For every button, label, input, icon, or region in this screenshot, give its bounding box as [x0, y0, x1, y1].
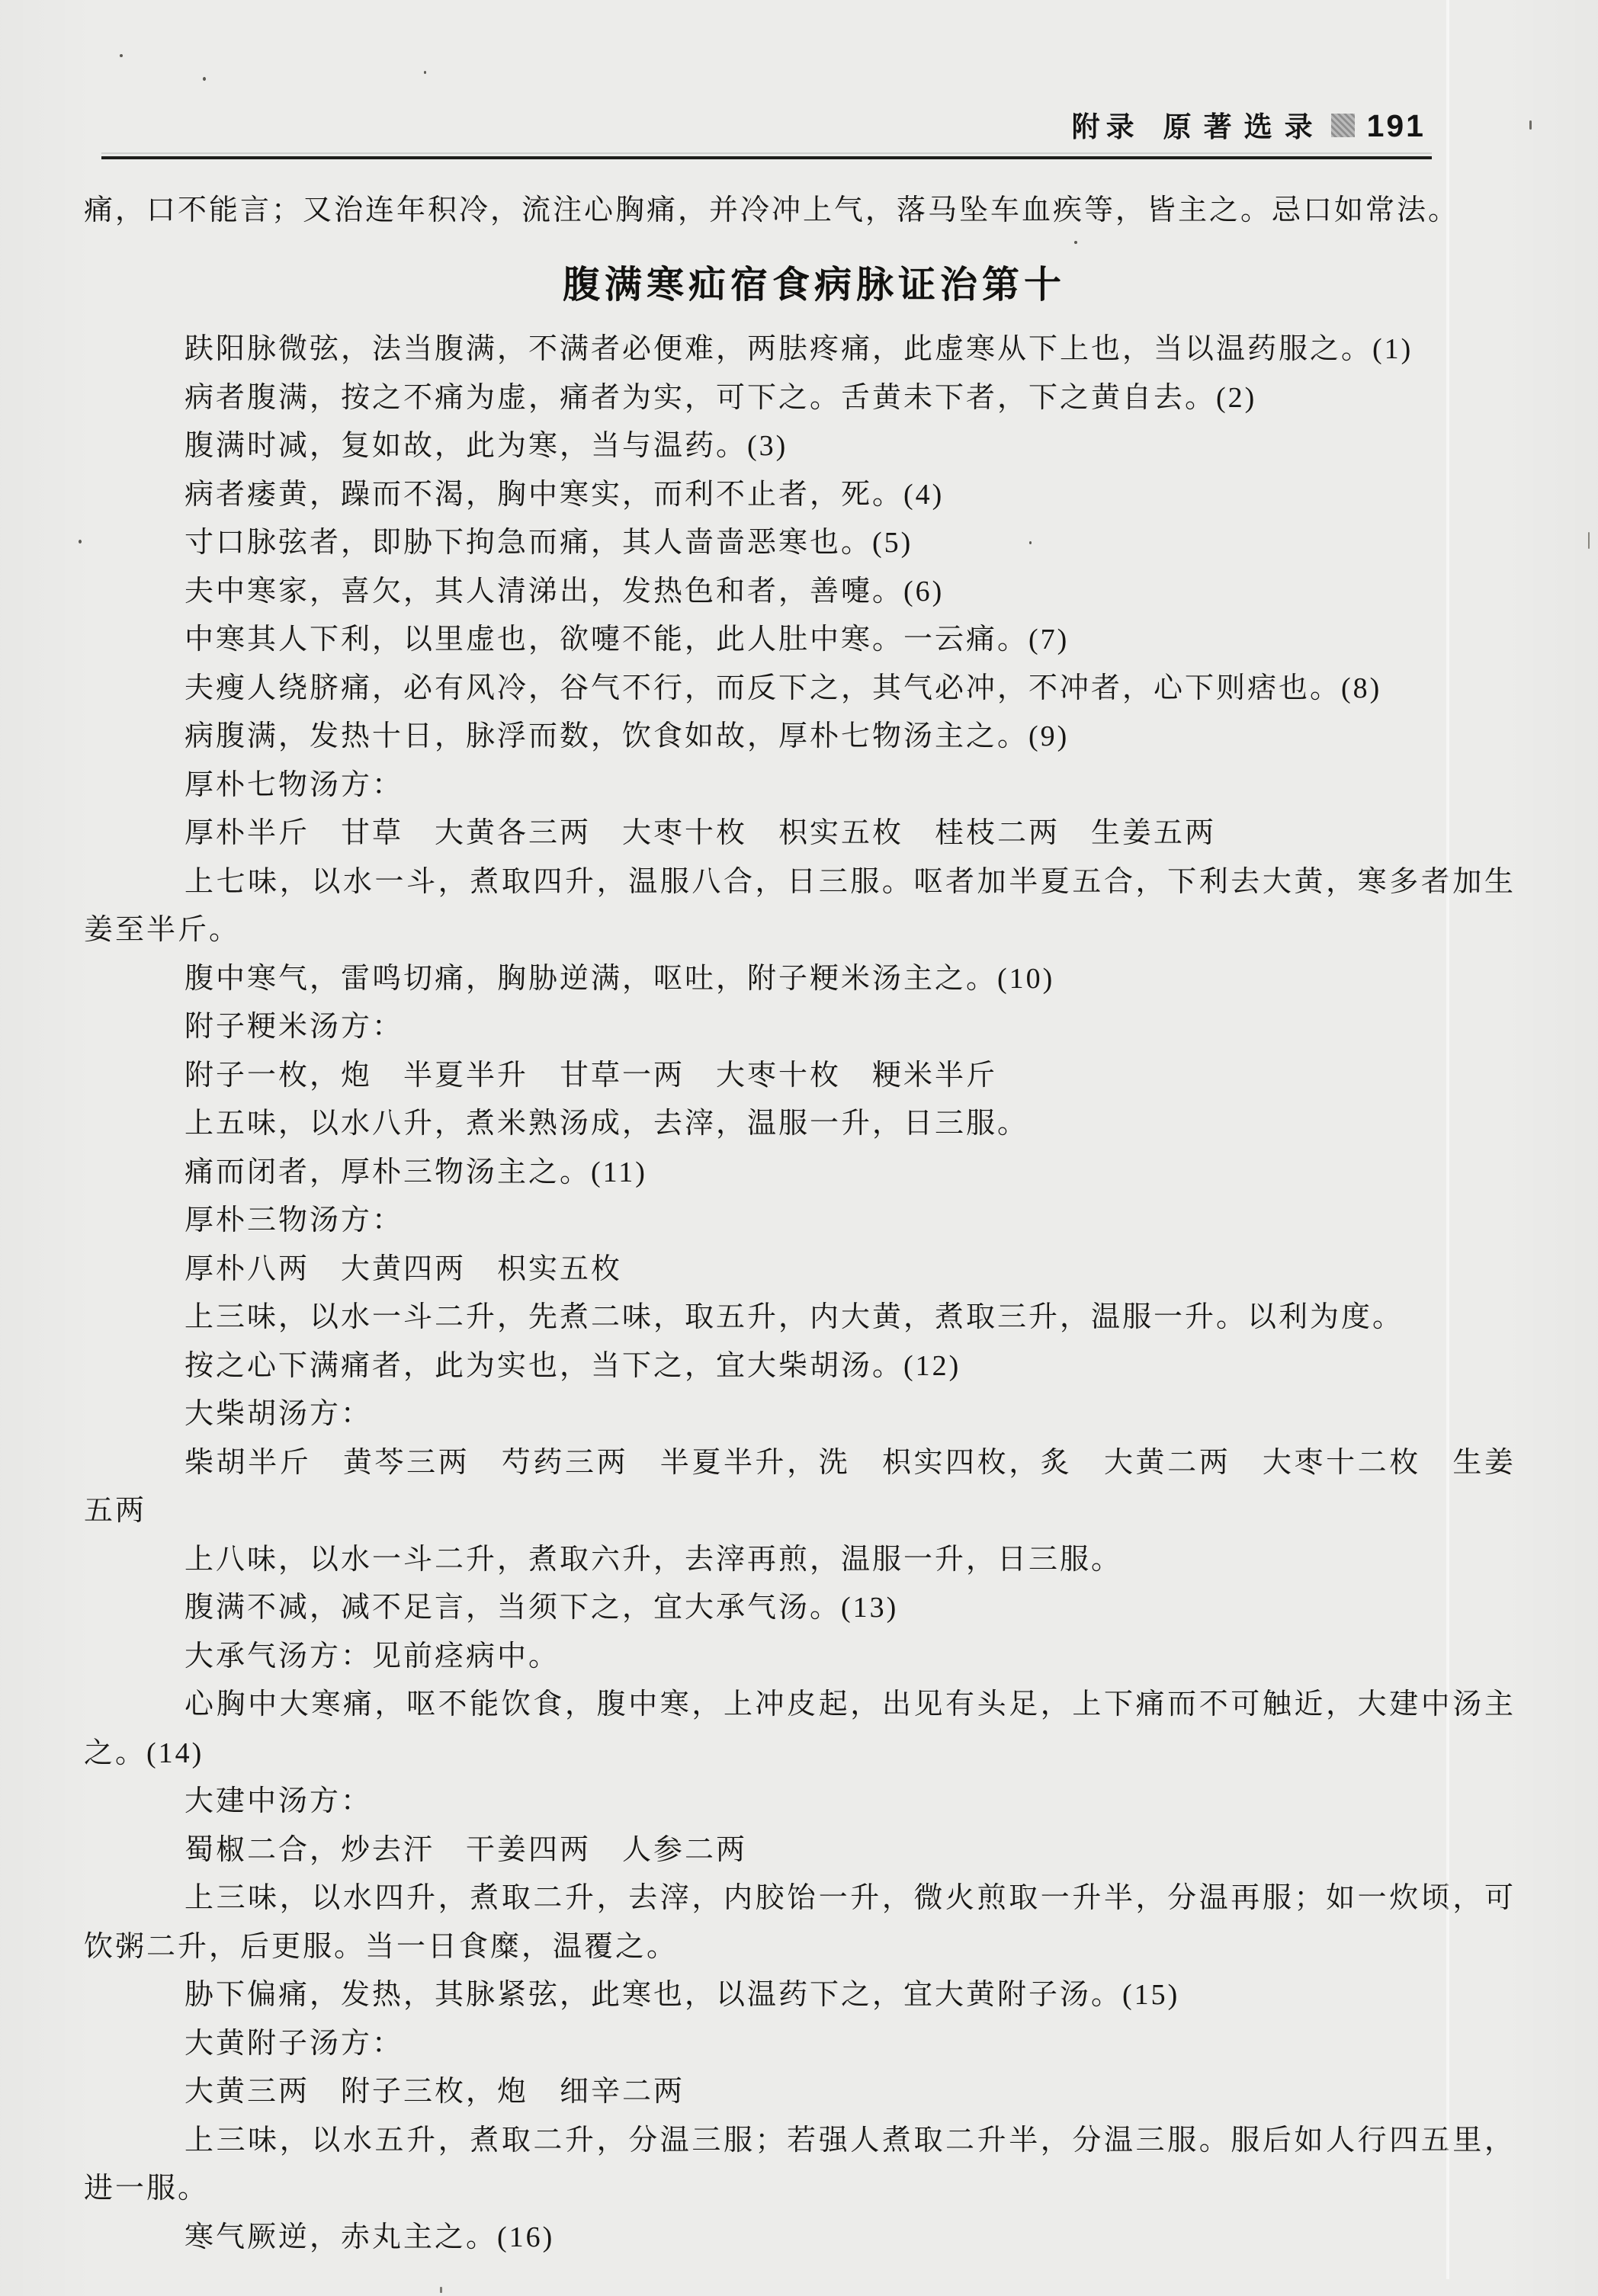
text-line: 夫瘦人绕脐痛，必有风冷，谷气不行，而反下之，其气必冲，不冲者，心下则痞也。(8)	[84, 665, 1516, 713]
text-line: 上三味，以水五升，煮取二升，分温三服；若强人煮取二升半，分温三服。服后如人行四五…	[84, 2117, 1516, 2166]
scan-speck	[1529, 120, 1532, 130]
text-line: 腹满时减，复如故，此为寒，当与温药。(3)	[84, 422, 1516, 471]
text-line: 胁下偏痛，发热，其脉紧弦，此寒也，以温药下之，宜大黄附子汤。(15)	[84, 1971, 1516, 2020]
text-line: 病者腹满，按之不痛为虚，痛者为实，可下之。舌黄未下者，下之黄自去。(2)	[84, 374, 1516, 423]
text-line: 大黄附子汤方：	[84, 2020, 1516, 2069]
text-line: 中寒其人下利，以里虚也，欲嚏不能，此人肚中寒。一云痛。(7)	[84, 616, 1516, 665]
text-line: 上五味，以水八升，煮米熟汤成，去滓，温服一升，日三服。	[84, 1100, 1516, 1149]
text-line: 寒气厥逆，赤丸主之。(16)	[84, 2214, 1516, 2262]
text-line: 饮粥二升，后更服。当一日食糜，温覆之。	[84, 1923, 1516, 1972]
scan-speck	[79, 540, 82, 544]
text-line: 趺阳脉微弦，法当腹满，不满者必便难，两胠疼痛，此虚寒从下上也，当以温药服之。(1…	[84, 325, 1516, 374]
text-line: 附子一枚，炮 半夏半升 甘草一两 大枣十枚 粳米半斤	[84, 1052, 1516, 1101]
text-line: 上三味，以水一斗二升，先煮二味，取五升，内大黄，煮取三升，温服一升。以利为度。	[84, 1294, 1516, 1342]
text-line: 之。(14)	[84, 1730, 1516, 1778]
scan-speck	[1588, 532, 1590, 549]
text-line: 上八味，以水一斗二升，煮取六升，去滓再煎，温服一升，日三服。	[84, 1536, 1516, 1585]
text-line: 心胸中大寒痛，呕不能饮食，腹中寒，上冲皮起，出见有头足，上下痛而不可触近，大建中…	[84, 1681, 1516, 1730]
text-line: 五两	[84, 1487, 1516, 1536]
text-line: 姜至半斤。	[84, 906, 1516, 955]
scan-speck	[440, 2287, 442, 2293]
text-line: 痛而闭者，厚朴三物汤主之。(11)	[84, 1149, 1516, 1198]
text-line: 柴胡半斤 黄芩三两 芍药三两 半夏半升，洗 枳实四枚，炙 大黄二两 大枣十二枚 …	[84, 1439, 1516, 1488]
text-line: 腹中寒气，雷鸣切痛，胸胁逆满，呕吐，附子粳米汤主之。(10)	[84, 955, 1516, 1004]
scan-speck	[1074, 241, 1077, 244]
scan-speck	[203, 77, 206, 81]
text-line: 进一服。	[84, 2165, 1516, 2214]
text-line: 夫中寒家，喜欠，其人清涕出，发热色和者，善嚏。(6)	[84, 568, 1516, 617]
text-line: 大柴胡汤方：	[84, 1390, 1516, 1439]
header-divider-rule	[101, 156, 1432, 159]
header-book-label: 原著选录	[1163, 111, 1325, 143]
text-line: 大承气汤方：见前痉病中。	[84, 1633, 1516, 1682]
text-line: 上七味，以水一斗，煮取四升，温服八合，日三服。呕者加半夏五合，下利去大黄，寒多者…	[84, 858, 1516, 907]
text-line: 厚朴八两 大黄四两 枳实五枚	[84, 1246, 1516, 1294]
text-line: 病者痿黄，躁而不渴，胸中寒实，而利不止者，死。(4)	[84, 471, 1516, 520]
scan-speck	[1029, 541, 1032, 544]
chapter-title: 腹满寒疝宿食病脉证治第十	[15, 258, 1598, 313]
header-section-label: 附录	[1072, 111, 1141, 143]
scan-speck	[120, 54, 123, 57]
text-line: 大建中汤方：	[84, 1778, 1516, 1826]
text-line: 按之心下满痛者，此为实也，当下之，宜大柴胡汤。(12)	[84, 1342, 1516, 1391]
halftone-square-icon	[1331, 114, 1355, 137]
text-line: 寸口脉弦者，即胁下拘急而痛，其人啬啬恶寒也。(5)	[84, 519, 1516, 568]
scan-speck	[424, 71, 426, 74]
running-header: 附录原著选录191	[0, 104, 1426, 149]
text-line: 大黄三两 附子三枚，炮 细辛二两	[84, 2068, 1516, 2117]
page-number: 191	[1367, 108, 1426, 143]
text-line: 上三味，以水四升，煮取二升，去滓，内胶饴一升，微火煎取一升半，分温再服；如一炊顷…	[84, 1874, 1516, 1923]
text-line: 附子粳米汤方：	[84, 1003, 1516, 1052]
text-line: 厚朴半斤 甘草 大黄各三两 大枣十枚 枳实五枚 桂枝二两 生姜五两	[84, 810, 1516, 858]
text-line: 厚朴七物汤方：	[84, 762, 1516, 810]
scan-light-streak	[1446, 0, 1449, 2279]
text-line: 病腹满，发热十日，脉浮而数，饮食如故，厚朴七物汤主之。(9)	[84, 713, 1516, 762]
text-line: 腹满不减，减不足言，当须下之，宜大承气汤。(13)	[84, 1584, 1516, 1633]
text-line: 厚朴三物汤方：	[84, 1197, 1516, 1246]
scanned-book-page: 附录原著选录191 痛，口不能言；又治连年积冷，流注心胸痛，并冷冲上气，落马坠车…	[0, 0, 1598, 2296]
text-line: 蜀椒二合，炒去汗 干姜四两 人参二两	[84, 1826, 1516, 1875]
body-text-block: 趺阳脉微弦，法当腹满，不满者必便难，两胠疼痛，此虚寒从下上也，当以温药服之。(1…	[84, 325, 1516, 2262]
carryover-text-line: 痛，口不能言；又治连年积冷，流注心胸痛，并冷冲上气，落马坠车血疾等，皆主之。忌口…	[84, 189, 1516, 232]
